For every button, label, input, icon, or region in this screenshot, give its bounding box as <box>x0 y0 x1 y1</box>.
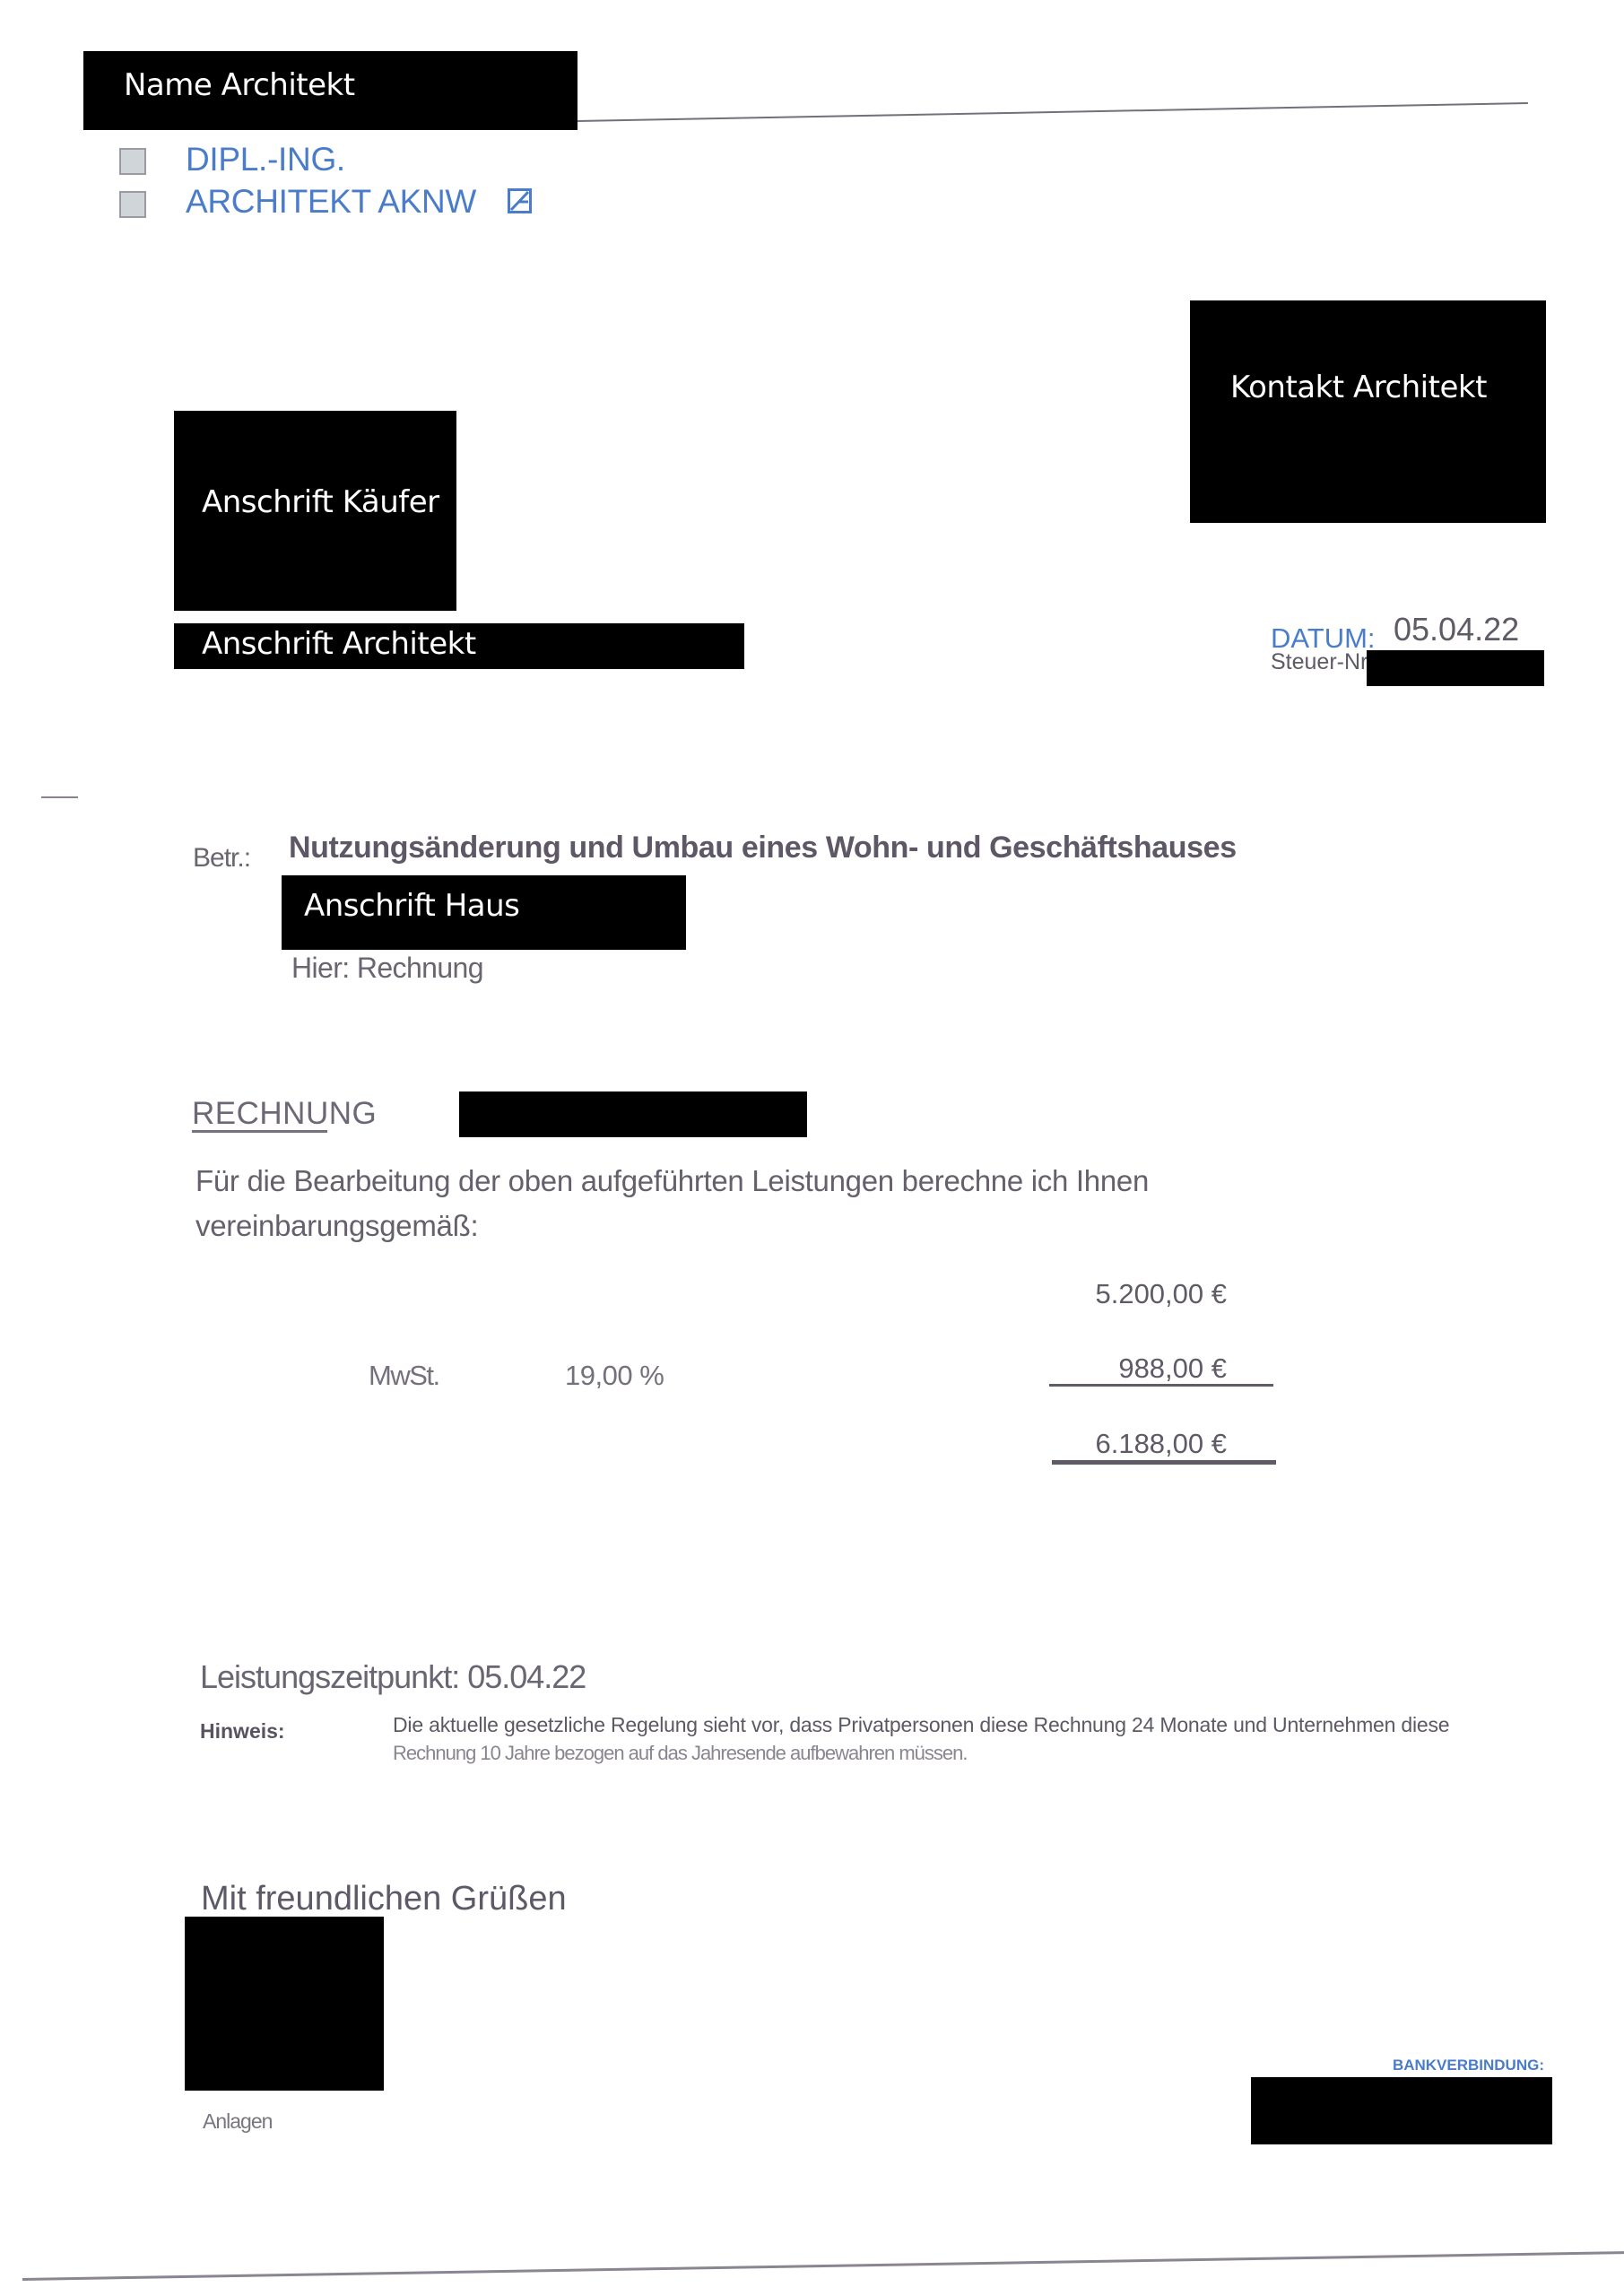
date-value: 05.04.22 <box>1394 611 1519 648</box>
redacted-signature <box>185 1917 384 2091</box>
aknw-logo-icon <box>508 188 532 213</box>
redacted-invoice-number <box>459 1091 807 1137</box>
redaction-label: Kontakt Architekt <box>1230 370 1487 405</box>
service-date: Leistungszeitpunkt: 05.04.22 <box>200 1658 586 1696</box>
bank-details-label: BANKVERBINDUNG: <box>1372 2057 1544 2074</box>
total-amount: 6.188,00 € <box>1047 1428 1227 1460</box>
subtotal-rule <box>1049 1384 1273 1387</box>
header-rule <box>578 102 1528 122</box>
fold-mark <box>41 796 78 798</box>
intro-text-line: Für die Bearbeitung der oben aufgeführte… <box>195 1164 1149 1198</box>
vat-label: MwSt. <box>369 1360 439 1392</box>
redacted-bank-details <box>1251 2077 1552 2144</box>
vat-rate: 19,00 % <box>565 1360 664 1392</box>
tax-number-label: Steuer-Nr <box>1271 649 1368 675</box>
redaction-label: Anschrift Haus <box>304 888 519 924</box>
redaction-label: Anschrift Architekt <box>202 626 476 662</box>
attachments-label: Anlagen <box>203 2109 272 2134</box>
note-text-line: Rechnung 10 Jahre bezogen auf das Jahres… <box>393 1742 968 1765</box>
redacted-architect-contact: Kontakt Architekt <box>1190 300 1546 523</box>
redaction-label: Name Architekt <box>124 67 355 103</box>
redaction-label: Anschrift Käufer <box>202 484 439 520</box>
invoice-heading: RECHNUNG <box>192 1096 377 1132</box>
title-dipl-ing: DIPL.-ING. <box>186 141 345 178</box>
checkbox-icon <box>119 148 146 175</box>
net-amount: 5.200,00 € <box>1047 1278 1227 1310</box>
redacted-architect-address: Anschrift Architekt <box>174 623 744 669</box>
note-text-line: Die aktuelle gesetzliche Regelung sieht … <box>393 1713 1449 1737</box>
vat-amount: 988,00 € <box>1047 1352 1227 1385</box>
subject-title: Nutzungsänderung und Umbau eines Wohn- u… <box>289 831 1237 865</box>
subject-subline: Hier: Rechnung <box>291 952 483 985</box>
intro-text-line: vereinbarungsgemäß: <box>195 1209 478 1243</box>
redacted-tax-number <box>1367 650 1544 686</box>
closing-greeting: Mit freundlichen Grüßen <box>201 1880 567 1918</box>
redacted-buyer-address: Anschrift Käufer <box>174 411 456 611</box>
redacted-house-address: Anschrift Haus <box>282 875 686 950</box>
checkbox-icon <box>119 191 146 218</box>
note-label: Hinweis: <box>200 1719 285 1744</box>
page-edge <box>22 2251 1624 2281</box>
redacted-architect-name: Name Architekt <box>83 51 578 130</box>
title-architekt-aknw: ARCHITEKT AKNW <box>186 183 476 221</box>
total-rule <box>1052 1460 1276 1465</box>
heading-underline <box>192 1130 327 1133</box>
subject-label: Betr.: <box>193 843 250 874</box>
